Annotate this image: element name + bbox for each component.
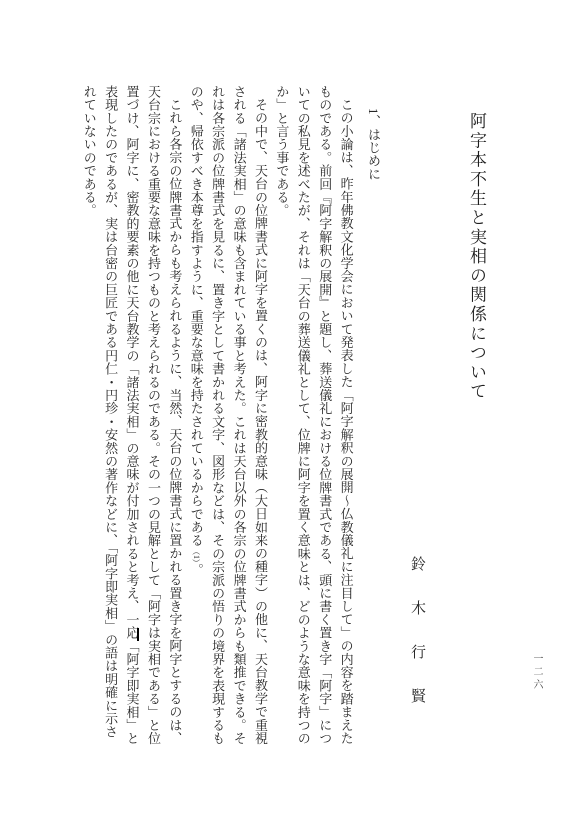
article-title: 阿字本不生と実相の関係について xyxy=(464,112,489,402)
paragraph-1: この小論は、昨年佛教文化学会において発表した「阿字解釈の展開～仏教儀礼に注目して… xyxy=(271,85,357,747)
author-name: 鈴木行賢 xyxy=(407,556,428,732)
paragraph-3: これら各宗の位牌書式からも考えられるように、当然、天台の位牌書式に置かれる置き字… xyxy=(78,85,185,747)
paragraph-2: その中で、天台の位牌書式に阿字を置くのは、阿字に密教的意味（大日如来の種字）の他… xyxy=(185,85,271,747)
section-heading: 1、はじめに xyxy=(363,85,384,747)
page-number: 一二六 xyxy=(529,653,544,692)
paragraph-2-text: その中で、天台の位牌書式に阿字を置くのは、阿字に密教的意味（大日如来の種字）の他… xyxy=(189,85,268,745)
footnote-ref-1: （1） xyxy=(192,547,201,563)
paragraph-2-period: 。 xyxy=(189,563,204,576)
article-body[interactable]: 1、はじめに この小論は、昨年佛教文化学会において発表した「阿字解釈の展開～仏教… xyxy=(78,85,384,747)
text-cursor xyxy=(137,628,139,641)
document-page: 一二六 阿字本不生と実相の関係について 鈴木行賢 1、はじめに この小論は、昨年… xyxy=(0,0,584,827)
